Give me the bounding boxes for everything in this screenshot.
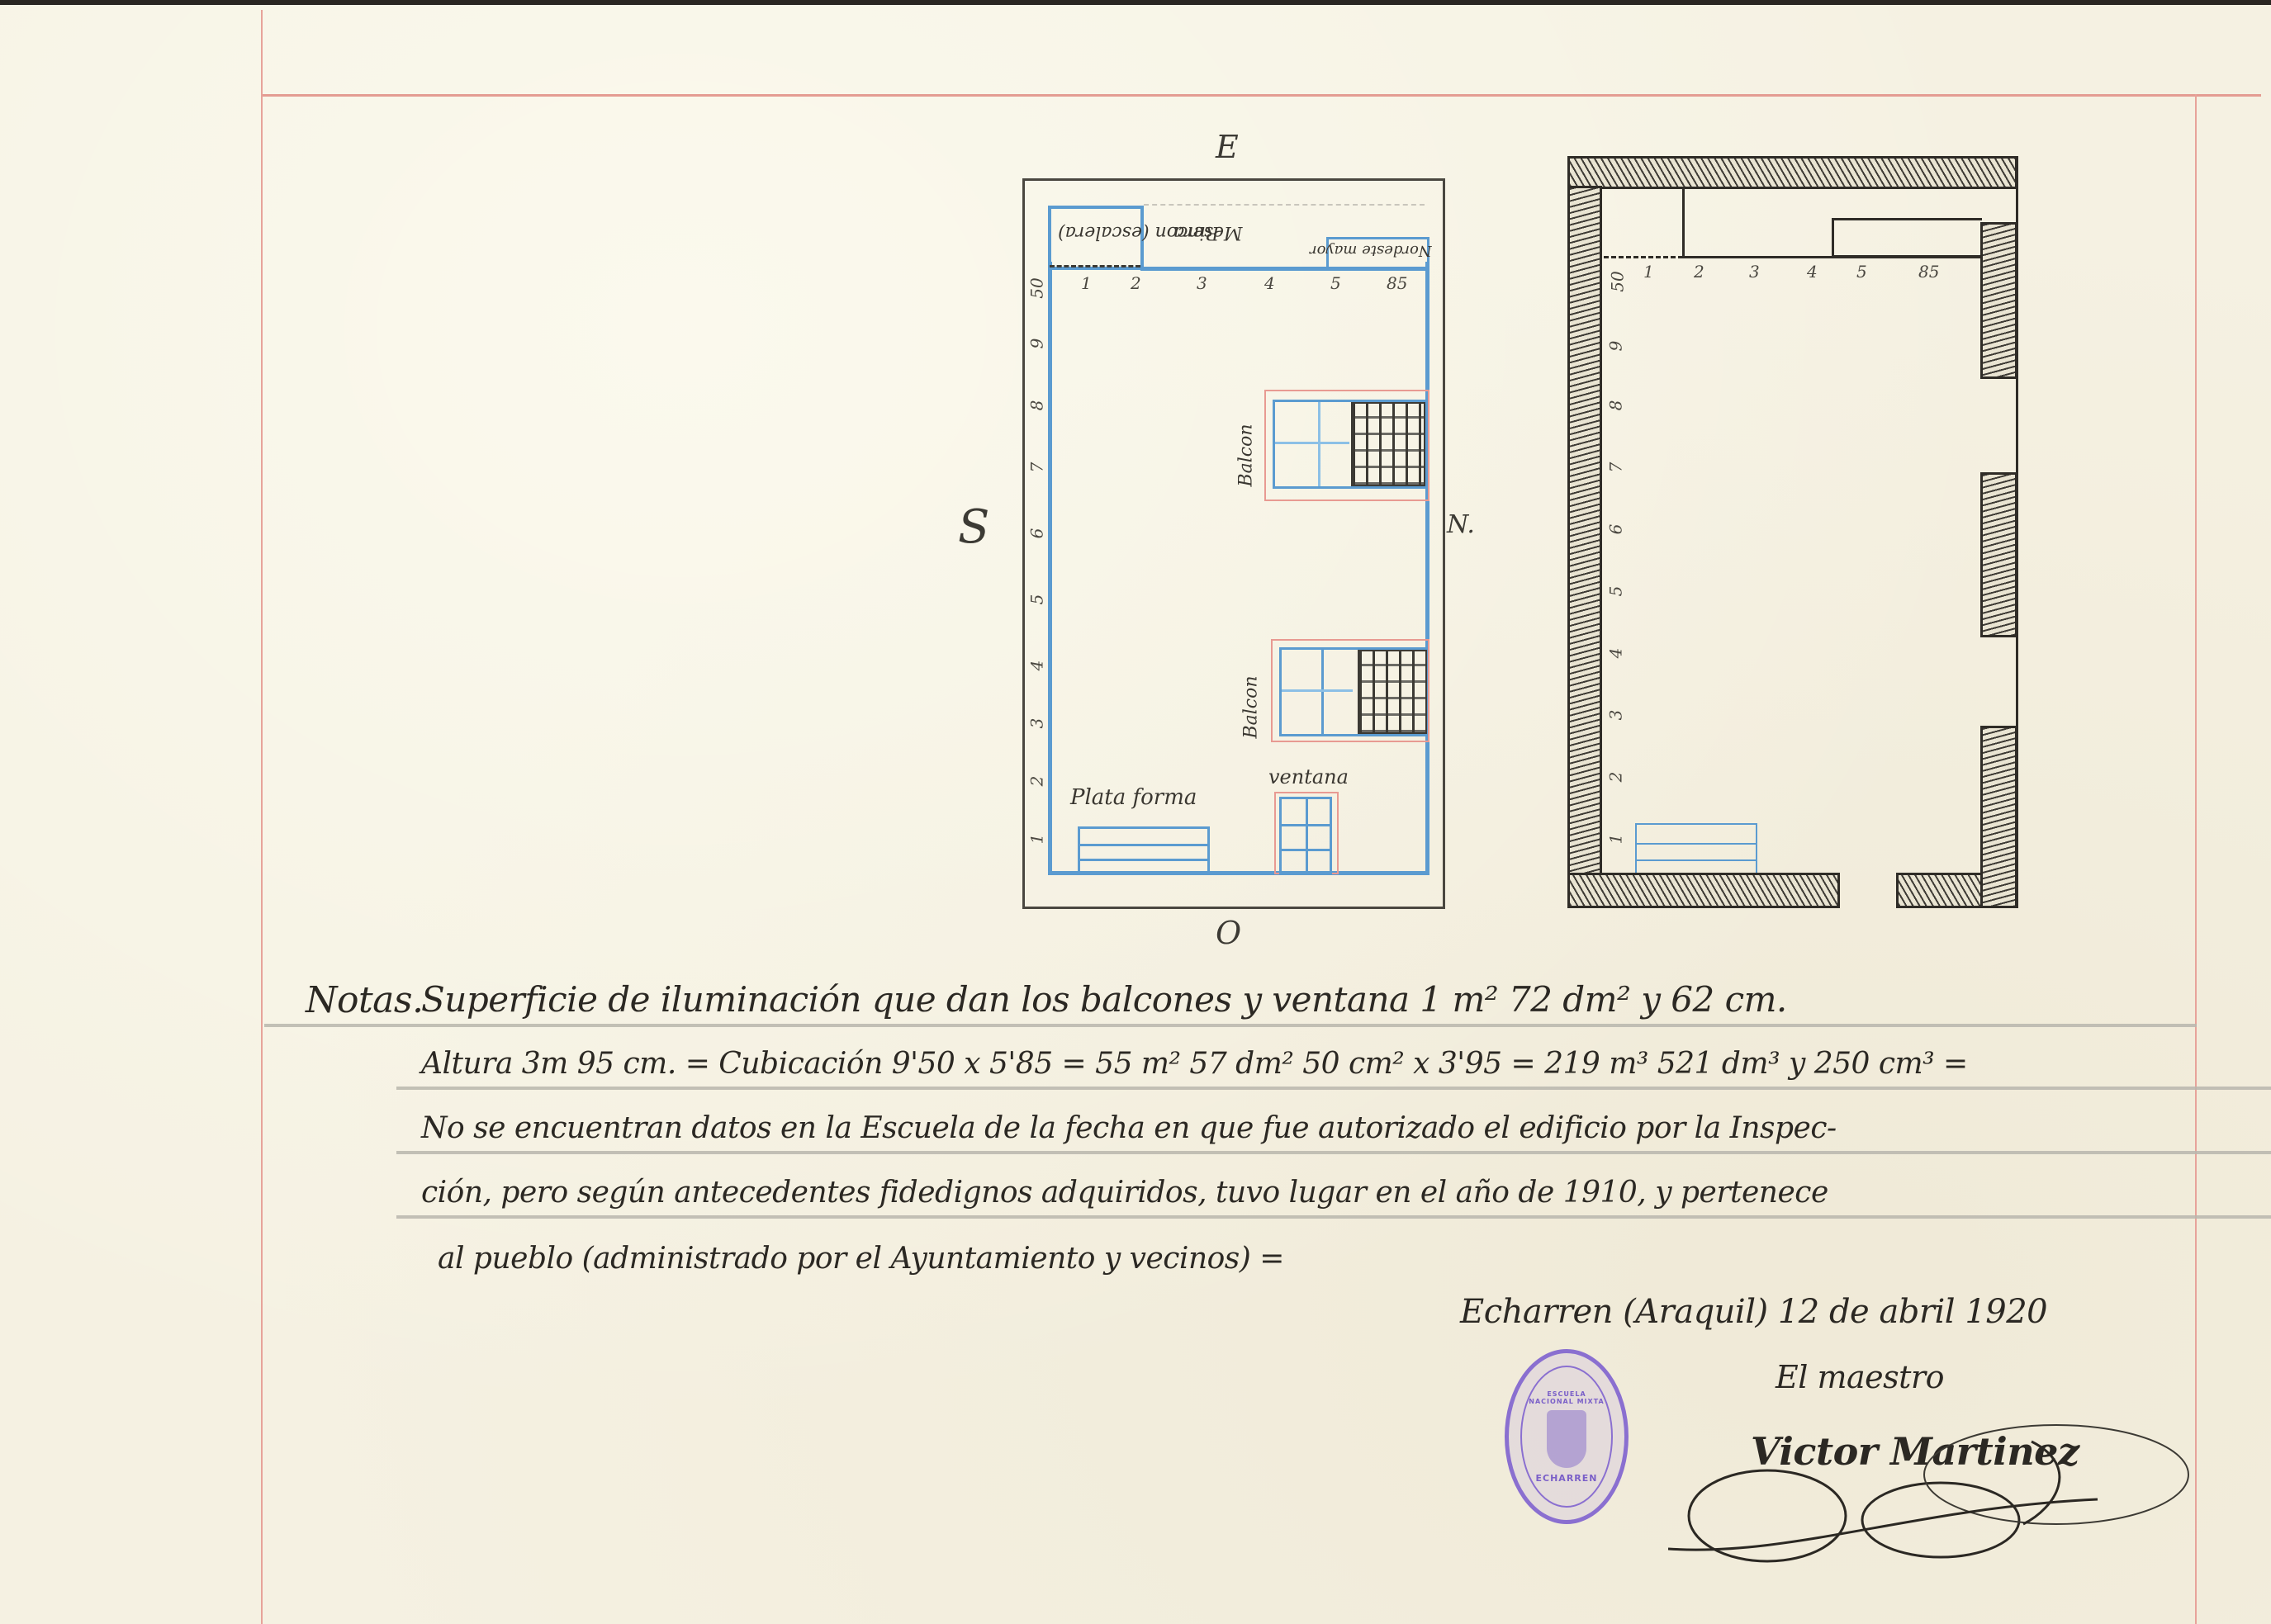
- scale-side-2: 2: [1026, 776, 1046, 787]
- wall-north: [1567, 156, 2017, 189]
- balcony-1: [1273, 400, 1428, 489]
- scale-top-5: 5: [1330, 273, 1341, 293]
- compass-east: N.: [1447, 510, 1475, 539]
- wall-south-left: [1567, 873, 1840, 908]
- balcony-1-railing: [1351, 402, 1425, 486]
- wall-east-1: [1980, 222, 2017, 379]
- scale-side-4: 4: [1026, 660, 1046, 671]
- note-line-2: Altura 3m 95 cm. = Cubicación 9'50 x 5'8…: [421, 1047, 1968, 1081]
- floor-plan-hatched: 1 2 3 4 5 85 50 9 8 7 6 5 4 3 2 1: [1567, 156, 2017, 911]
- r-scale-top-5: 5: [1856, 262, 1867, 282]
- place-date: Echarren (Araquil) 12 de abril 1920: [1460, 1293, 2047, 1331]
- dashed-line: [1604, 256, 1683, 258]
- dashed-line: [1050, 265, 1140, 268]
- floor-plan-colored: Rincon (escalera) Mesera Nordeste mayor …: [1022, 178, 1445, 909]
- scale-side-6: 6: [1026, 528, 1046, 539]
- ruled-line: [396, 1151, 2271, 1154]
- stamp-text-bottom: ECHARREN: [1536, 1473, 1598, 1484]
- ruled-line: [396, 1087, 2271, 1090]
- wall-east: [1425, 262, 1429, 873]
- ventana: [1279, 797, 1332, 874]
- school-stamp: ESCUELA NACIONAL MIXTA ECHARREN: [1505, 1349, 1629, 1524]
- r-scale-side-8: 8: [1605, 400, 1625, 411]
- r-scale-side-9: 9: [1605, 341, 1625, 352]
- wall-east-3: [1980, 726, 2017, 908]
- r-scale-top-85: 85: [1918, 262, 1939, 282]
- r-scale-side-4: 4: [1605, 648, 1625, 659]
- r-scale-side-1: 1: [1605, 834, 1625, 845]
- ruled-line: [264, 1024, 2197, 1027]
- r-scale-side-3: 3: [1605, 710, 1625, 721]
- label-mesera: Mesera: [1173, 222, 1243, 243]
- stamp-inner: ESCUELA NACIONAL MIXTA ECHARREN: [1520, 1366, 1613, 1508]
- scale-side-50: 50: [1027, 277, 1047, 298]
- scale-top-3: 3: [1197, 273, 1207, 293]
- dashed-line-top: [1144, 204, 1425, 206]
- balcony-2-railing: [1358, 650, 1427, 734]
- scale-side-9: 9: [1026, 339, 1046, 349]
- r-scale-side-7: 7: [1605, 462, 1625, 473]
- scale-side-8: 8: [1026, 400, 1046, 411]
- wall-east-2: [1980, 472, 2017, 637]
- compass-south: O: [1216, 915, 1241, 951]
- alcove-right: [1832, 218, 1982, 258]
- r-scale-side-5: 5: [1605, 586, 1625, 597]
- top-margin-line: [263, 94, 2261, 97]
- scale-top-2: 2: [1131, 273, 1141, 293]
- scale-top-85: 85: [1387, 273, 1407, 293]
- scale-top-4: 4: [1264, 273, 1275, 293]
- left-margin-line: [261, 10, 263, 1624]
- label-balcon-1: Balcon: [1236, 424, 1257, 486]
- signer-role: El maestro: [1776, 1359, 1944, 1395]
- r-scale-side-2: 2: [1605, 772, 1625, 783]
- r-scale-side-6: 6: [1605, 524, 1625, 535]
- note-line-4: ción, pero según antecedentes fidedignos…: [421, 1176, 1828, 1210]
- east-outline: [2016, 156, 2018, 908]
- balcony-2: [1279, 647, 1428, 736]
- note-line-3: No se encuentran datos en la Escuela de …: [421, 1111, 1837, 1145]
- label-nordeste: Nordeste mayor: [1310, 242, 1432, 259]
- r-scale-top-2: 2: [1694, 262, 1704, 282]
- ruled-line: [396, 1215, 2271, 1219]
- r-scale-top-3: 3: [1749, 262, 1760, 282]
- label-balcon-2: Balcon: [1241, 675, 1262, 738]
- scale-side-3: 3: [1026, 718, 1046, 729]
- scale-side-1: 1: [1026, 834, 1046, 845]
- platform: [1078, 826, 1210, 874]
- compass-north: E: [1216, 129, 1239, 165]
- document-page: E O S N. Rincon (escalera) Mesera Nordes…: [0, 5, 2271, 1624]
- stamp-text-top: ESCUELA NACIONAL MIXTA: [1525, 1390, 1608, 1405]
- r-scale-side-50: 50: [1608, 271, 1628, 291]
- scale-top-1: 1: [1081, 273, 1092, 293]
- compass-west: S: [958, 500, 989, 554]
- notes-heading: Notas.: [306, 979, 423, 1021]
- right-margin-line: [2195, 94, 2197, 1624]
- scale-side-7: 7: [1026, 462, 1046, 473]
- wall-west: [1048, 262, 1052, 873]
- r-scale-top-4: 4: [1807, 262, 1818, 282]
- note-line-1: Superficie de iluminación que dan los ba…: [421, 979, 1787, 1020]
- wall-west: [1567, 186, 1602, 908]
- coat-of-arms-icon: [1547, 1410, 1586, 1468]
- alcove-left: [1600, 189, 1685, 258]
- label-plataforma: Plata forma: [1070, 785, 1197, 810]
- note-line-5: al pueblo (administrado por el Ayuntamie…: [438, 1242, 1284, 1276]
- label-ventana: ventana: [1268, 765, 1349, 788]
- platform: [1635, 823, 1757, 873]
- r-scale-top-1: 1: [1643, 262, 1654, 282]
- signature-flourish: [1668, 1409, 2197, 1607]
- scale-side-5: 5: [1026, 594, 1046, 605]
